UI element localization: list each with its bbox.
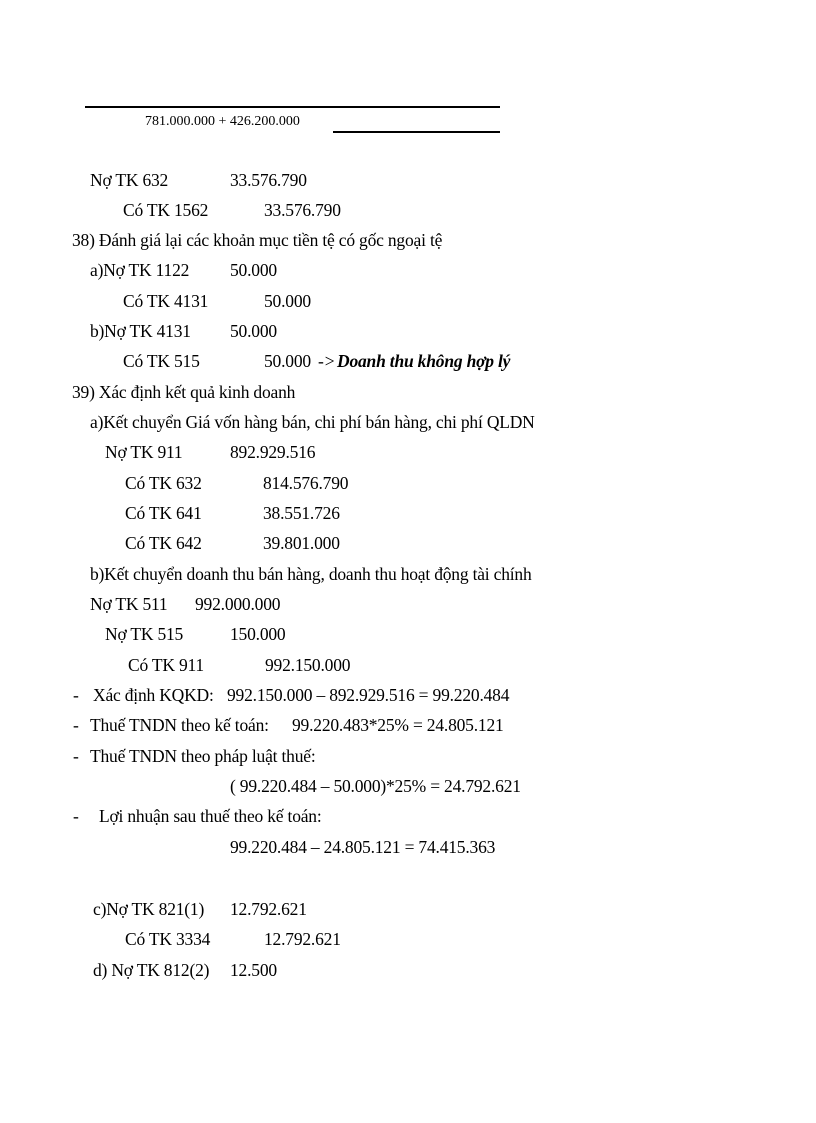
doc-segment: 39.801.000 bbox=[263, 532, 340, 554]
doc-line: a)Kết chuyển Giá vốn hàng bán, chi phí b… bbox=[0, 411, 816, 441]
doc-segment: 99.220.484 – 24.805.121 = 74.415.363 bbox=[230, 836, 495, 858]
doc-segment: Nợ TK 515 bbox=[105, 623, 183, 645]
doc-line: d) Nợ TK 812(2)12.500 bbox=[0, 959, 816, 989]
fraction-bar-top bbox=[85, 106, 500, 108]
doc-line: Có TK 64138.551.726 bbox=[0, 502, 816, 532]
doc-segment: - bbox=[73, 805, 79, 827]
doc-line: b)Kết chuyển doanh thu bán hàng, doanh t… bbox=[0, 563, 816, 593]
doc-segment: ( 99.220.484 – 50.000)*25% = 24.792.621 bbox=[230, 775, 521, 797]
doc-segment: 39) Xác định kết quả kinh doanh bbox=[72, 381, 295, 403]
doc-line: 39) Xác định kết quả kinh doanh bbox=[0, 381, 816, 411]
doc-line: Nợ TK 511992.000.000 bbox=[0, 593, 816, 623]
doc-line: Nợ TK 63233.576.790 bbox=[0, 169, 816, 199]
doc-segment: 992.150.000 – 892.929.516 = 99.220.484 bbox=[227, 684, 509, 706]
doc-segment: 12.792.621 bbox=[230, 898, 307, 920]
doc-line: -Lợi nhuận sau thuế theo kế toán: bbox=[0, 805, 816, 835]
doc-line: Có TK 156233.576.790 bbox=[0, 199, 816, 229]
doc-segment: a)Nợ TK 1122 bbox=[90, 259, 189, 281]
doc-line: -Xác định KQKD:992.150.000 – 892.929.516… bbox=[0, 684, 816, 714]
doc-line: b)Nợ TK 413150.000 bbox=[0, 320, 816, 350]
doc-segment: c)Nợ TK 821(1) bbox=[93, 898, 204, 920]
doc-line: Nợ TK 911892.929.516 bbox=[0, 441, 816, 471]
doc-segment: 150.000 bbox=[230, 623, 285, 645]
doc-segment: Có TK 1562 bbox=[123, 199, 208, 221]
doc-segment: b)Nợ TK 4131 bbox=[90, 320, 191, 342]
doc-line: Có TK 911992.150.000 bbox=[0, 654, 816, 684]
doc-line: -Thuế TNDN theo kế toán:99.220.483*25% =… bbox=[0, 714, 816, 744]
doc-segment: Thuế TNDN theo pháp luật thuế: bbox=[90, 745, 316, 767]
doc-line: Có TK 51550.000->Doanh thu không hợp lý bbox=[0, 350, 816, 380]
doc-segment: 892.929.516 bbox=[230, 441, 315, 463]
doc-segment: 992.000.000 bbox=[195, 593, 280, 615]
doc-segment: 814.576.790 bbox=[263, 472, 348, 494]
document-page: 781.000.000 + 426.200.000 Nợ TK 63233.57… bbox=[0, 0, 816, 1123]
fraction-denominator: 781.000.000 + 426.200.000 bbox=[145, 113, 300, 130]
doc-segment: Thuế TNDN theo kế toán: bbox=[90, 714, 269, 736]
doc-segment: Có TK 641 bbox=[125, 502, 202, 524]
doc-segment: - bbox=[73, 714, 79, 736]
doc-segment: 992.150.000 bbox=[265, 654, 350, 676]
annotation-note: Doanh thu không hợp lý bbox=[337, 350, 510, 372]
doc-segment: 38) Đánh giá lại các khoản mục tiền tệ c… bbox=[72, 229, 442, 251]
doc-segment: Xác định KQKD: bbox=[93, 684, 214, 706]
doc-segment: 12.792.621 bbox=[264, 928, 341, 950]
doc-segment: 12.500 bbox=[230, 959, 277, 981]
doc-segment: a)Kết chuyển Giá vốn hàng bán, chi phí b… bbox=[90, 411, 535, 433]
doc-line: -Thuế TNDN theo pháp luật thuế: bbox=[0, 745, 816, 775]
fraction-bar-right bbox=[333, 131, 500, 133]
doc-line: Có TK 413150.000 bbox=[0, 290, 816, 320]
doc-segment: 38.551.726 bbox=[263, 502, 340, 524]
doc-segment: - bbox=[73, 745, 79, 767]
doc-line: Có TK 333412.792.621 bbox=[0, 928, 816, 958]
doc-segment: 99.220.483*25% = 24.805.121 bbox=[292, 714, 504, 736]
doc-segment: Có TK 642 bbox=[125, 532, 202, 554]
doc-segment: -> bbox=[318, 350, 335, 372]
doc-segment: Có TK 632 bbox=[125, 472, 202, 494]
doc-segment: Có TK 911 bbox=[128, 654, 204, 676]
doc-line: Nợ TK 515150.000 bbox=[0, 623, 816, 653]
doc-segment: 50.000 bbox=[230, 320, 277, 342]
doc-segment: Nợ TK 511 bbox=[90, 593, 167, 615]
doc-line: 99.220.484 – 24.805.121 = 74.415.363 bbox=[0, 836, 816, 866]
doc-line: ( 99.220.484 – 50.000)*25% = 24.792.621 bbox=[0, 775, 816, 805]
doc-line: a)Nợ TK 112250.000 bbox=[0, 259, 816, 289]
doc-line: c)Nợ TK 821(1)12.792.621 bbox=[0, 898, 816, 928]
doc-segment: 33.576.790 bbox=[230, 169, 307, 191]
doc-segment: 50.000 bbox=[264, 290, 311, 312]
doc-segment: Có TK 3334 bbox=[125, 928, 210, 950]
doc-segment: 50.000 bbox=[264, 350, 311, 372]
doc-segment: Nợ TK 911 bbox=[105, 441, 182, 463]
doc-line: Có TK 632814.576.790 bbox=[0, 472, 816, 502]
doc-segment: Có TK 4131 bbox=[123, 290, 208, 312]
doc-segment: 50.000 bbox=[230, 259, 277, 281]
doc-line: Có TK 64239.801.000 bbox=[0, 532, 816, 562]
doc-segment: Có TK 515 bbox=[123, 350, 200, 372]
doc-segment: Nợ TK 632 bbox=[90, 169, 168, 191]
doc-segment: 33.576.790 bbox=[264, 199, 341, 221]
doc-line: 38) Đánh giá lại các khoản mục tiền tệ c… bbox=[0, 229, 816, 259]
doc-segment: d) Nợ TK 812(2) bbox=[93, 959, 209, 981]
doc-segment: Lợi nhuận sau thuế theo kế toán: bbox=[99, 805, 322, 827]
doc-segment: - bbox=[73, 684, 79, 706]
doc-segment: b)Kết chuyển doanh thu bán hàng, doanh t… bbox=[90, 563, 532, 585]
